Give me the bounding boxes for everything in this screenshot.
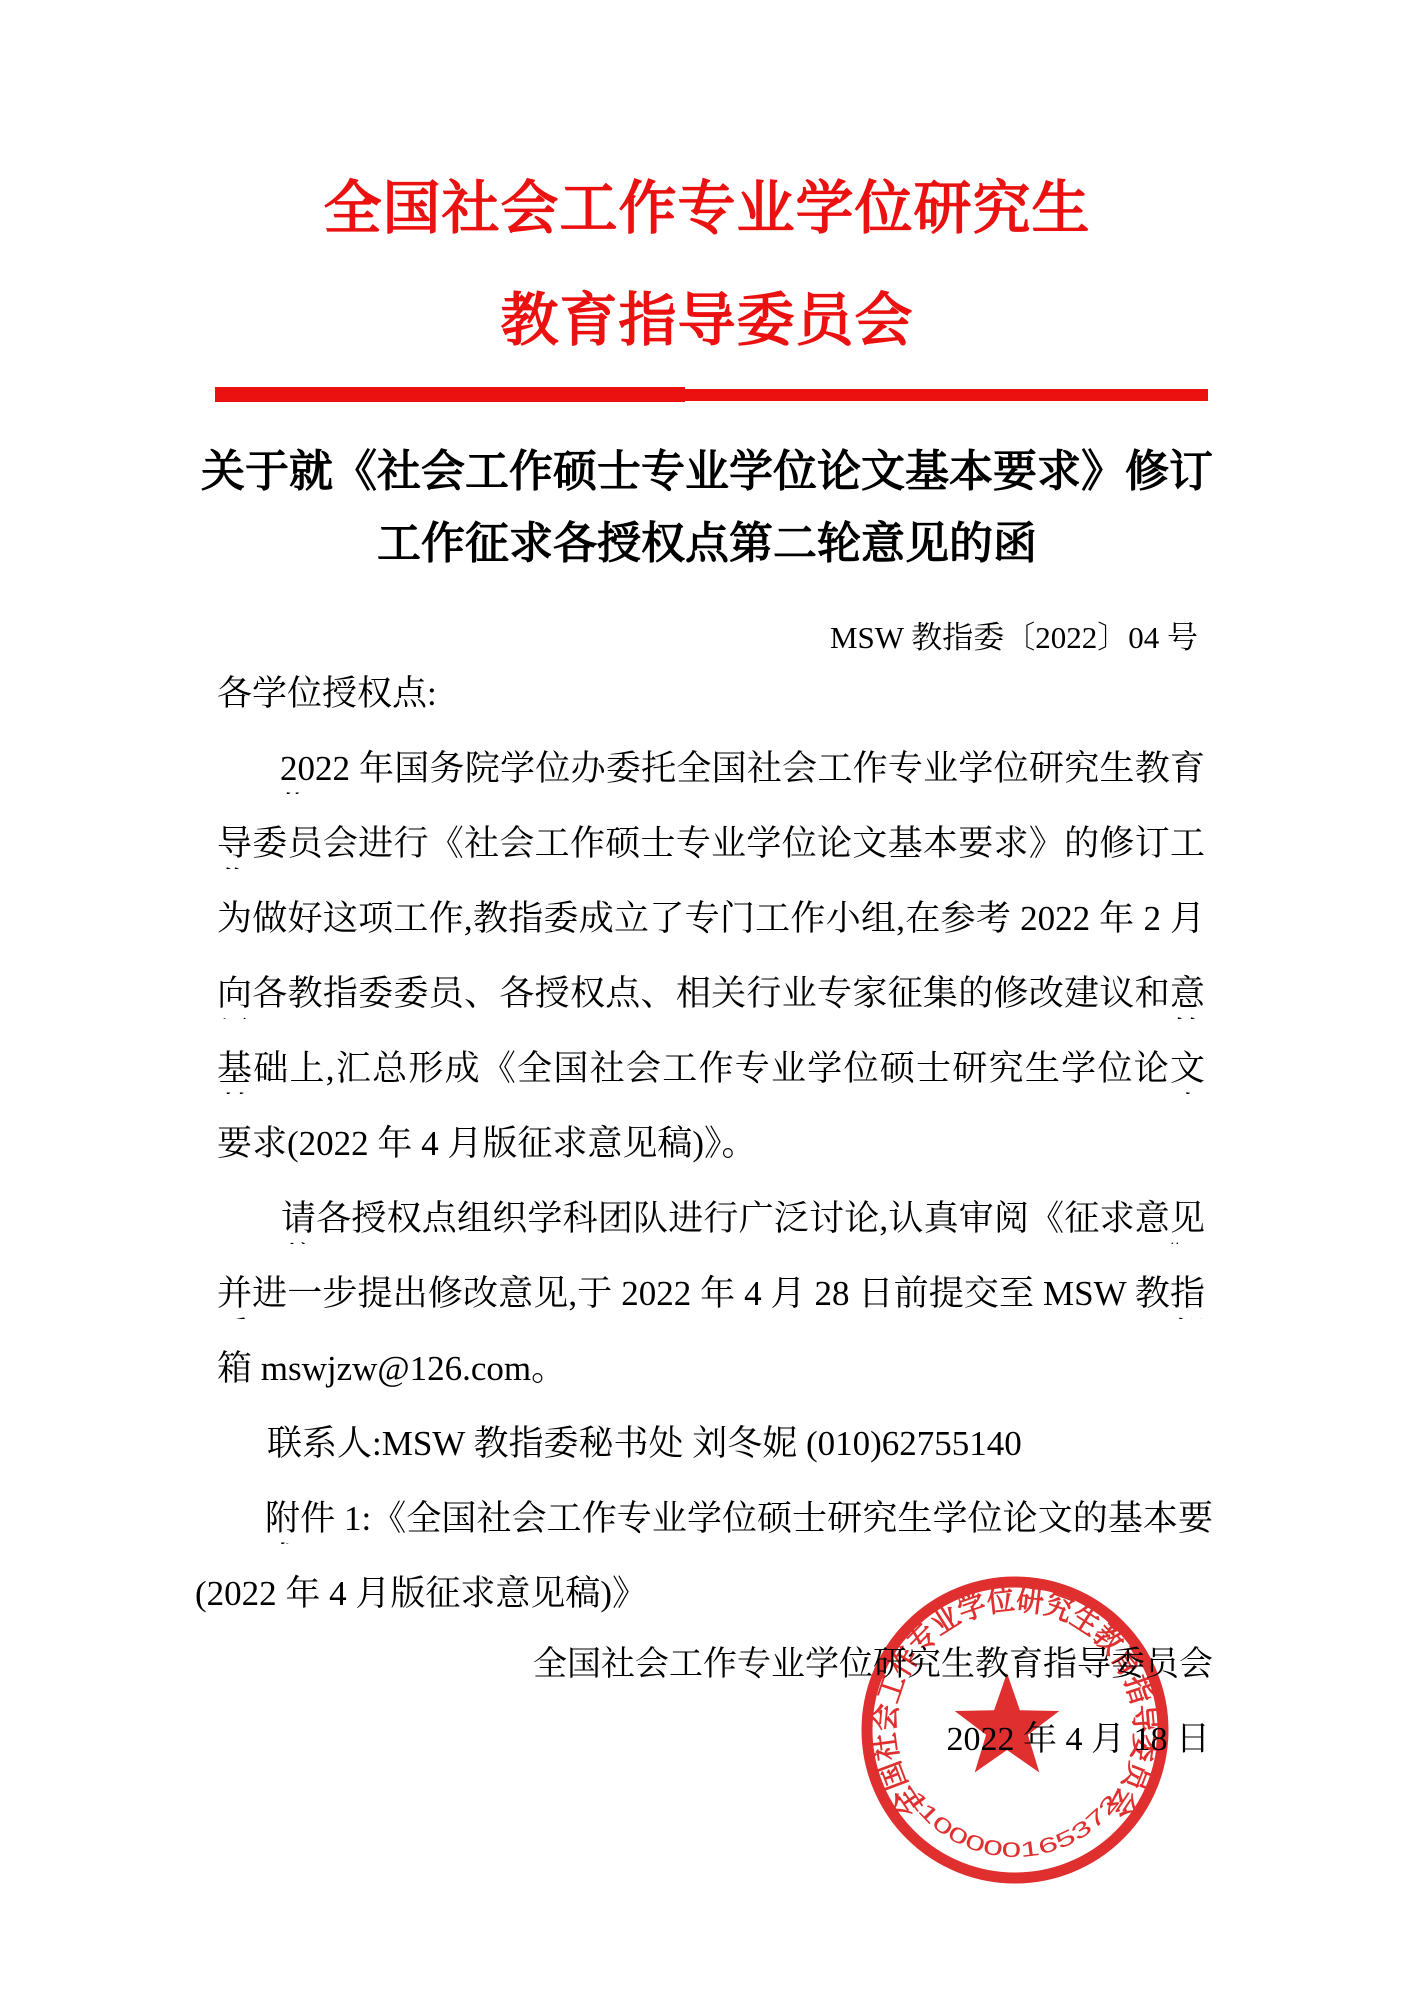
star-icon — [955, 1673, 1060, 1773]
official-seal: 全国社会工作专业学位研究生教育指导委员会 1100000165372 — [855, 1570, 1175, 1890]
body-line: 并进一步提出修改意见,于 2022 年 4 月 28 日前提交至 MSW 教指委… — [217, 1273, 1205, 1319]
body-line: 要求(2022 年 4 月版征求意见稿)》。 — [217, 1123, 757, 1165]
letterhead-org-line2: 教育指导委员会 — [0, 290, 1414, 352]
body-line: 向各教指委委员、各授权点、相关行业专家征集的修改建议和意见的 — [217, 973, 1205, 1019]
document-title-line1: 关于就《社会工作硕士专业学位论文基本要求》修订 — [0, 448, 1414, 496]
letterhead-org-line1: 全国社会工作专业学位研究生 — [0, 178, 1414, 240]
document-page: 全国社会工作专业学位研究生 教育指导委员会 关于就《社会工作硕士专业学位论文基本… — [0, 0, 1414, 2000]
body-line-email: 箱 mswjzw@126.com。 — [217, 1348, 566, 1390]
body-line: 基础上,汇总形成《全国社会工作专业学位硕士研究生学位论文基本 — [217, 1048, 1205, 1094]
body-line: 请各授权点组织学科团队进行广泛讨论,认真审阅《征求意见稿》 — [281, 1198, 1205, 1244]
body-line: 导委员会进行《社会工作硕士专业学位论文基本要求》的修订工作。 — [217, 823, 1205, 869]
document-title-line2: 工作征求各授权点第二轮意见的函 — [0, 520, 1414, 568]
red-divider-thick-segment — [215, 387, 685, 402]
body-line: 2022 年国务院学位办委托全国社会工作专业学位研究生教育指 — [280, 748, 1205, 794]
attachment-line2: (2022 年 4 月版征求意见稿)》 — [195, 1573, 647, 1615]
contact-line: 联系人:MSW 教指委秘书处 刘冬妮 (010)62755140 — [267, 1423, 1022, 1465]
attachment-line: 附件 1:《全国社会工作专业学位硕士研究生学位论文的基本要求 — [265, 1498, 1213, 1544]
salutation: 各学位授权点: — [217, 673, 437, 715]
document-number: MSW 教指委〔2022〕04 号 — [830, 620, 1198, 656]
body-line: 为做好这项工作,教指委成立了专门工作小组,在参考 2022 年 2 月 — [217, 898, 1205, 944]
